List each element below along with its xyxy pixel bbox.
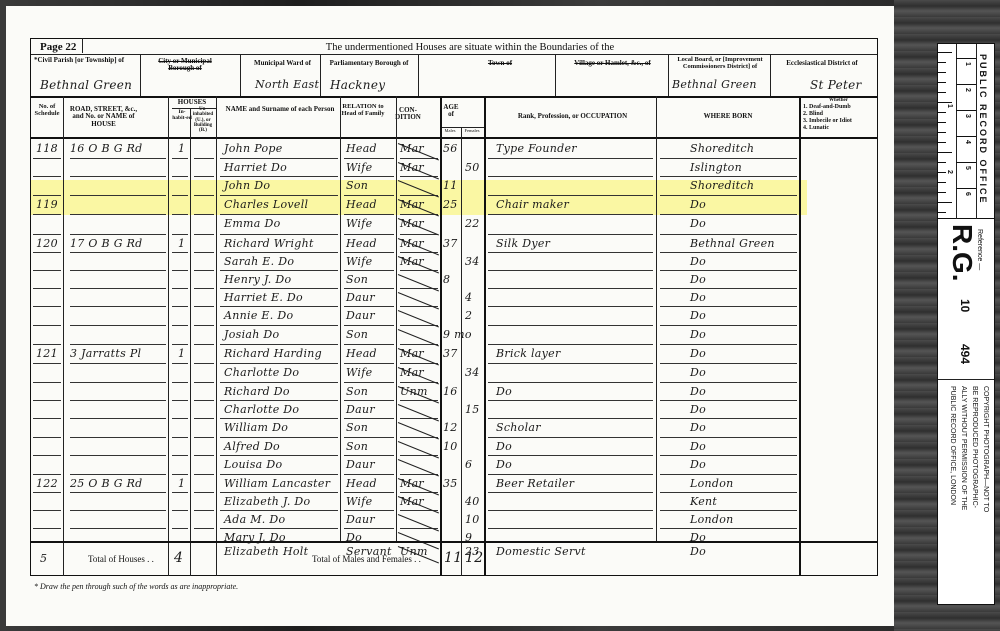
row-rule — [194, 325, 214, 326]
col-uninhabited: Un-inhabited (U.), or Building (B.) — [192, 107, 214, 133]
copyright-line-2: BE REPRODUCED PHOTOGRAPHIC- — [971, 386, 978, 508]
where-born-cell: Do — [690, 328, 706, 341]
male-age-cell: 16 — [443, 385, 458, 398]
female-age-cell: 10 — [465, 513, 480, 526]
total-males: 11 — [444, 550, 462, 566]
male-age-cell: 25 — [443, 198, 458, 211]
row-rule — [660, 492, 797, 493]
row-rule — [70, 252, 166, 253]
local-board-value: Bethnal Green — [672, 78, 757, 91]
row-rule — [194, 418, 214, 419]
relation-cell: Son — [346, 328, 368, 341]
relation-cell: Head — [346, 198, 377, 211]
row-rule — [344, 270, 394, 271]
row-rule — [172, 400, 188, 401]
row-rule — [33, 252, 61, 253]
row-rule — [344, 418, 394, 419]
female-age-cell: 6 — [465, 458, 472, 471]
ruler-cm-tick — [956, 188, 976, 189]
ruler-inch-label: 2 — [946, 170, 953, 174]
col-where-born: WHERE BORN — [658, 113, 798, 120]
row-rule — [344, 382, 394, 383]
row-rule — [488, 510, 653, 511]
female-age-cell: 22 — [465, 217, 480, 230]
divider — [240, 54, 241, 96]
row-rule — [660, 528, 797, 529]
ruler-tick — [938, 212, 946, 213]
name-cell: Richard Do — [224, 385, 290, 398]
row-rule — [660, 437, 797, 438]
row-rule — [33, 528, 61, 529]
divider — [63, 96, 64, 576]
divider — [82, 38, 83, 53]
row-rule — [488, 492, 653, 493]
where-born-cell: Kent — [690, 495, 717, 508]
row-rule — [172, 510, 188, 511]
male-age-cell: 56 — [443, 142, 458, 155]
row-rule — [70, 288, 166, 289]
row-rule — [70, 176, 166, 177]
divider — [31, 96, 877, 98]
divider — [555, 54, 556, 96]
occupation-cell: Do — [496, 440, 512, 453]
ruler-tick — [938, 132, 946, 133]
occupation-cell: Chair maker — [496, 198, 569, 211]
row-rule — [172, 306, 188, 307]
row-rule — [660, 288, 797, 289]
male-age-cell: 11 — [443, 179, 458, 192]
occupation-cell: Type Founder — [496, 142, 577, 155]
record-office-name: PUBLIC RECORD OFFICE — [978, 54, 988, 205]
municipal-ward-label: Municipal Ward of — [245, 60, 320, 67]
relation-cell: Son — [346, 273, 368, 286]
row-rule — [172, 382, 188, 383]
copyright-line-1: COPYRIGHT PHOTOGRAPH—NOT TO — [982, 386, 989, 512]
copyright-line-3: ALLY WITHOUT PERMISSION OF THE — [960, 386, 967, 510]
row-rule — [660, 195, 797, 196]
ruler-tick — [938, 162, 946, 163]
ruler-cm-tick — [956, 136, 976, 137]
row-rule — [660, 214, 797, 215]
copyright-line-4: PUBLIC RECORD OFFICE, LONDON — [949, 386, 956, 505]
where-born-cell: Do — [690, 545, 706, 558]
row-rule — [172, 492, 188, 493]
row-rule — [220, 474, 338, 475]
row-rule — [220, 234, 338, 235]
row-rule — [488, 455, 653, 456]
ruler-cm-label: 1 — [964, 62, 971, 66]
divider — [31, 54, 877, 55]
relation-cell: Son — [346, 421, 368, 434]
row-rule — [172, 437, 188, 438]
row-rule — [344, 437, 394, 438]
name-cell: John Pope — [224, 142, 283, 155]
row-rule — [194, 437, 214, 438]
row-rule — [33, 363, 61, 364]
relation-cell: Son — [346, 179, 368, 192]
row-rule — [660, 455, 797, 456]
relation-cell: Head — [346, 477, 377, 490]
inhabited-cell: 1 — [178, 347, 185, 360]
ruler-tick — [938, 82, 946, 83]
row-rule — [220, 158, 338, 159]
row-rule — [344, 510, 394, 511]
town-label: Town of — [475, 60, 525, 67]
name-cell: Richard Wright — [224, 237, 314, 250]
reference-piece: 494 — [958, 344, 972, 364]
schedule-cell: 119 — [36, 198, 58, 211]
name-cell: Sarah E. Do — [224, 255, 294, 268]
row-rule — [660, 270, 797, 271]
row-rule — [344, 455, 394, 456]
relation-cell: Daur — [346, 513, 375, 526]
divider — [190, 108, 191, 576]
row-rule — [33, 195, 61, 196]
where-born-cell: London — [690, 477, 734, 490]
row-rule — [344, 234, 394, 235]
parliamentary-borough-value: Hackney — [330, 78, 385, 92]
relation-cell: Daur — [346, 291, 375, 304]
ruler-cm-tick — [956, 58, 976, 59]
divider — [320, 54, 321, 96]
col-name: NAME and Surname of each Person — [220, 106, 340, 113]
name-cell: Alfred Do — [224, 440, 280, 453]
col-females: Females — [461, 129, 483, 134]
row-rule — [488, 400, 653, 401]
row-rule — [488, 306, 653, 307]
relation-cell: Son — [346, 440, 368, 453]
name-cell: Josiah Do — [224, 328, 279, 341]
occupation-cell: Scholar — [496, 421, 541, 434]
row-rule — [70, 418, 166, 419]
where-born-cell: Do — [690, 458, 706, 471]
row-rule — [660, 176, 797, 177]
divider — [956, 44, 957, 219]
row-rule — [660, 252, 797, 253]
total-houses-value: 4 — [174, 550, 183, 566]
divider — [31, 137, 877, 139]
row-rule — [33, 158, 61, 159]
row-rule — [344, 252, 394, 253]
row-rule — [194, 214, 214, 215]
row-rule — [172, 474, 188, 475]
row-rule — [220, 437, 338, 438]
ecclesiastical-label: Ecclesiastical District of — [772, 60, 872, 67]
row-rule — [70, 437, 166, 438]
male-age-cell: 37 — [443, 347, 458, 360]
where-born-cell: Shoreditch — [690, 179, 754, 192]
address-cell: 17 O B G Rd — [70, 237, 143, 250]
name-cell: Ada M. Do — [224, 513, 285, 526]
village-label: Village or Hamlet, &c., of — [560, 60, 665, 67]
municipal-ward-value: North East — [255, 78, 319, 91]
row-rule — [488, 288, 653, 289]
divider — [799, 96, 801, 576]
where-born-cell: Islington — [690, 161, 742, 174]
row-rule — [220, 382, 338, 383]
row-rule — [660, 306, 797, 307]
row-rule — [220, 270, 338, 271]
row-rule — [660, 158, 797, 159]
row-rule — [70, 306, 166, 307]
row-rule — [220, 195, 338, 196]
row-rule — [220, 214, 338, 215]
row-rule — [660, 344, 797, 345]
ruler-tick — [938, 102, 952, 103]
divider — [418, 54, 419, 96]
row-rule — [33, 400, 61, 401]
local-board-label: Local Board, or [Improvement Commissione… — [670, 57, 770, 71]
col-relation: RELATION to Head of Family — [340, 104, 386, 118]
total-persons-label: Total of Males and Females . . — [312, 555, 421, 564]
ruler-tick — [938, 172, 946, 173]
row-rule — [220, 176, 338, 177]
occupation-cell: Brick layer — [496, 347, 561, 360]
row-rule — [70, 214, 166, 215]
row-rule — [220, 455, 338, 456]
where-born-cell: Do — [690, 309, 706, 322]
ruler-cm-tick — [956, 162, 976, 163]
name-cell: Richard Harding — [224, 347, 322, 360]
row-rule — [33, 306, 61, 307]
row-rule — [344, 400, 394, 401]
row-rule — [220, 510, 338, 511]
row-rule — [194, 344, 214, 345]
total-houses-label: Total of Houses . . — [88, 555, 154, 564]
row-rule — [70, 325, 166, 326]
row-rule — [194, 382, 214, 383]
row-rule — [488, 214, 653, 215]
row-rule — [660, 510, 797, 511]
divider — [216, 96, 217, 576]
ruler-tick — [938, 142, 946, 143]
relation-cell: Daur — [346, 403, 375, 416]
reference-series: R.G. — [946, 224, 978, 282]
row-rule — [172, 158, 188, 159]
col-houses: HOUSES — [172, 99, 212, 106]
row-rule — [70, 195, 166, 196]
row-rule — [660, 234, 797, 235]
male-age-cell: 8 — [443, 273, 450, 286]
row-rule — [344, 344, 394, 345]
row-rule — [172, 325, 188, 326]
row-rule — [488, 325, 653, 326]
address-cell: 16 O B G Rd — [70, 142, 143, 155]
row-rule — [344, 492, 394, 493]
divider — [140, 54, 141, 96]
row-rule — [660, 474, 797, 475]
col-infirmity-1: 1. Deaf-and-Dumb — [803, 104, 851, 110]
row-rule — [33, 288, 61, 289]
col-males: Males — [440, 129, 460, 134]
schedule-cell: 121 — [36, 347, 58, 360]
row-rule — [33, 474, 61, 475]
row-rule — [172, 195, 188, 196]
occupation-cell: Domestic Servt — [496, 545, 586, 558]
ruler-tick — [938, 192, 946, 193]
row-rule — [488, 344, 653, 345]
row-rule — [488, 252, 653, 253]
where-born-cell: Do — [690, 366, 706, 379]
inhabited-cell: 1 — [178, 237, 185, 250]
ruler-cm-label: 4 — [964, 140, 971, 144]
col-address: ROAD, STREET, &c., and No. or NAME of HO… — [66, 106, 141, 128]
col-schedule: No. of Schedule — [33, 104, 61, 118]
relation-cell: Wife — [346, 161, 372, 174]
relation-cell: Daur — [346, 458, 375, 471]
col-infirmity-2: 2. Blind — [803, 111, 823, 117]
divider — [976, 44, 977, 219]
ruler-tick — [938, 122, 946, 123]
address-cell: 25 O B G Rd — [70, 477, 143, 490]
ruler-tick — [938, 52, 952, 53]
total-females: 12 — [465, 550, 483, 566]
row-rule — [33, 492, 61, 493]
female-age-cell: 2 — [465, 309, 472, 322]
divider — [172, 108, 217, 109]
row-rule — [488, 234, 653, 235]
where-born-cell: Bethnal Green — [690, 237, 775, 250]
row-rule — [220, 528, 338, 529]
relation-cell: Head — [346, 237, 377, 250]
measurement-ruler: PUBLIC RECORD OFFICE 12345612 — [938, 44, 994, 219]
occupation-cell: Silk Dyer — [496, 237, 550, 250]
name-cell: William Lancaster — [224, 477, 330, 490]
relation-cell: Son — [346, 385, 368, 398]
ecclesiastical-value: St Peter — [810, 78, 862, 92]
relation-cell: Wife — [346, 366, 372, 379]
row-rule — [33, 344, 61, 345]
col-condition: CON-DITION — [388, 107, 428, 122]
row-rule — [172, 252, 188, 253]
name-cell: Henry J. Do — [224, 273, 291, 286]
row-rule — [70, 474, 166, 475]
row-rule — [344, 306, 394, 307]
row-rule — [344, 288, 394, 289]
row-rule — [344, 176, 394, 177]
where-born-cell: Do — [690, 385, 706, 398]
female-age-cell: 15 — [465, 403, 480, 416]
male-age-cell: 12 — [443, 421, 458, 434]
row-rule — [194, 306, 214, 307]
female-age-cell: 34 — [465, 366, 480, 379]
row-rule — [33, 510, 61, 511]
name-cell: Annie E. Do — [224, 309, 293, 322]
female-age-cell: 4 — [465, 291, 472, 304]
row-rule — [70, 510, 166, 511]
row-rule — [70, 344, 166, 345]
row-rule — [194, 528, 214, 529]
row-rule — [172, 270, 188, 271]
ruler-cm-label: 5 — [964, 166, 971, 170]
row-rule — [344, 195, 394, 196]
col-infirmity-title: Whether — [801, 98, 876, 103]
name-cell: William Do — [224, 421, 288, 434]
name-cell: Louisa Do — [224, 458, 282, 471]
row-rule — [194, 158, 214, 159]
row-rule — [488, 382, 653, 383]
name-cell: Charles Lovell — [224, 198, 308, 211]
row-rule — [220, 400, 338, 401]
ruler-cm-label: 6 — [964, 192, 971, 196]
city-borough-label: City or Municipal Borough of — [145, 58, 225, 73]
where-born-cell: Do — [690, 403, 706, 416]
row-rule — [488, 176, 653, 177]
row-rule — [70, 400, 166, 401]
row-rule — [172, 176, 188, 177]
where-born-cell: Shoreditch — [690, 142, 754, 155]
schedule-cell: 120 — [36, 237, 58, 250]
row-rule — [33, 214, 61, 215]
male-age-cell: 35 — [443, 477, 458, 490]
page-label: Page 22 — [40, 42, 76, 54]
row-rule — [660, 418, 797, 419]
occupation-cell: Beer Retailer — [496, 477, 574, 490]
row-rule — [70, 528, 166, 529]
address-cell: 3 Jarratts Pl — [70, 347, 141, 360]
col-occupation: Rank, Profession, or OCCUPATION — [490, 113, 655, 120]
row-rule — [172, 418, 188, 419]
row-rule — [194, 492, 214, 493]
ruler-cm-label: 2 — [964, 88, 971, 92]
ruler-tick — [938, 182, 946, 183]
occupation-cell: Do — [496, 458, 512, 471]
ruler-tick — [938, 92, 946, 93]
where-born-cell: Do — [690, 291, 706, 304]
row-rule — [194, 455, 214, 456]
row-rule — [344, 214, 394, 215]
row-rule — [344, 528, 394, 529]
where-born-cell: Do — [690, 440, 706, 453]
occupation-cell: Do — [496, 385, 512, 398]
ruler-cm-label: 3 — [964, 114, 971, 118]
relation-cell: Wife — [346, 495, 372, 508]
row-rule — [220, 492, 338, 493]
row-rule — [70, 234, 166, 235]
divider — [938, 379, 994, 380]
row-rule — [220, 344, 338, 345]
row-rule — [488, 158, 653, 159]
row-rule — [660, 363, 797, 364]
row-rule — [220, 252, 338, 253]
row-rule — [33, 437, 61, 438]
inhabited-cell: 1 — [178, 477, 185, 490]
row-rule — [172, 528, 188, 529]
row-rule — [33, 418, 61, 419]
where-born-cell: London — [690, 513, 734, 526]
where-born-cell: Do — [690, 347, 706, 360]
row-rule — [194, 234, 214, 235]
name-cell: John Do — [224, 179, 270, 192]
row-rule — [172, 344, 188, 345]
row-rule — [488, 418, 653, 419]
reference-number: 10 — [958, 299, 972, 312]
row-rule — [488, 474, 653, 475]
col-inhabited: In-habit-ed — [172, 110, 192, 122]
relation-cell: Head — [346, 142, 377, 155]
row-rule — [172, 234, 188, 235]
divider — [484, 96, 486, 576]
row-rule — [172, 455, 188, 456]
divider — [440, 96, 442, 576]
row-rule — [194, 288, 214, 289]
where-born-cell: Do — [690, 421, 706, 434]
row-rule — [220, 325, 338, 326]
male-age-cell: 37 — [443, 237, 458, 250]
divider — [440, 127, 484, 128]
name-cell: Emma Do — [224, 217, 281, 230]
row-rule — [70, 363, 166, 364]
